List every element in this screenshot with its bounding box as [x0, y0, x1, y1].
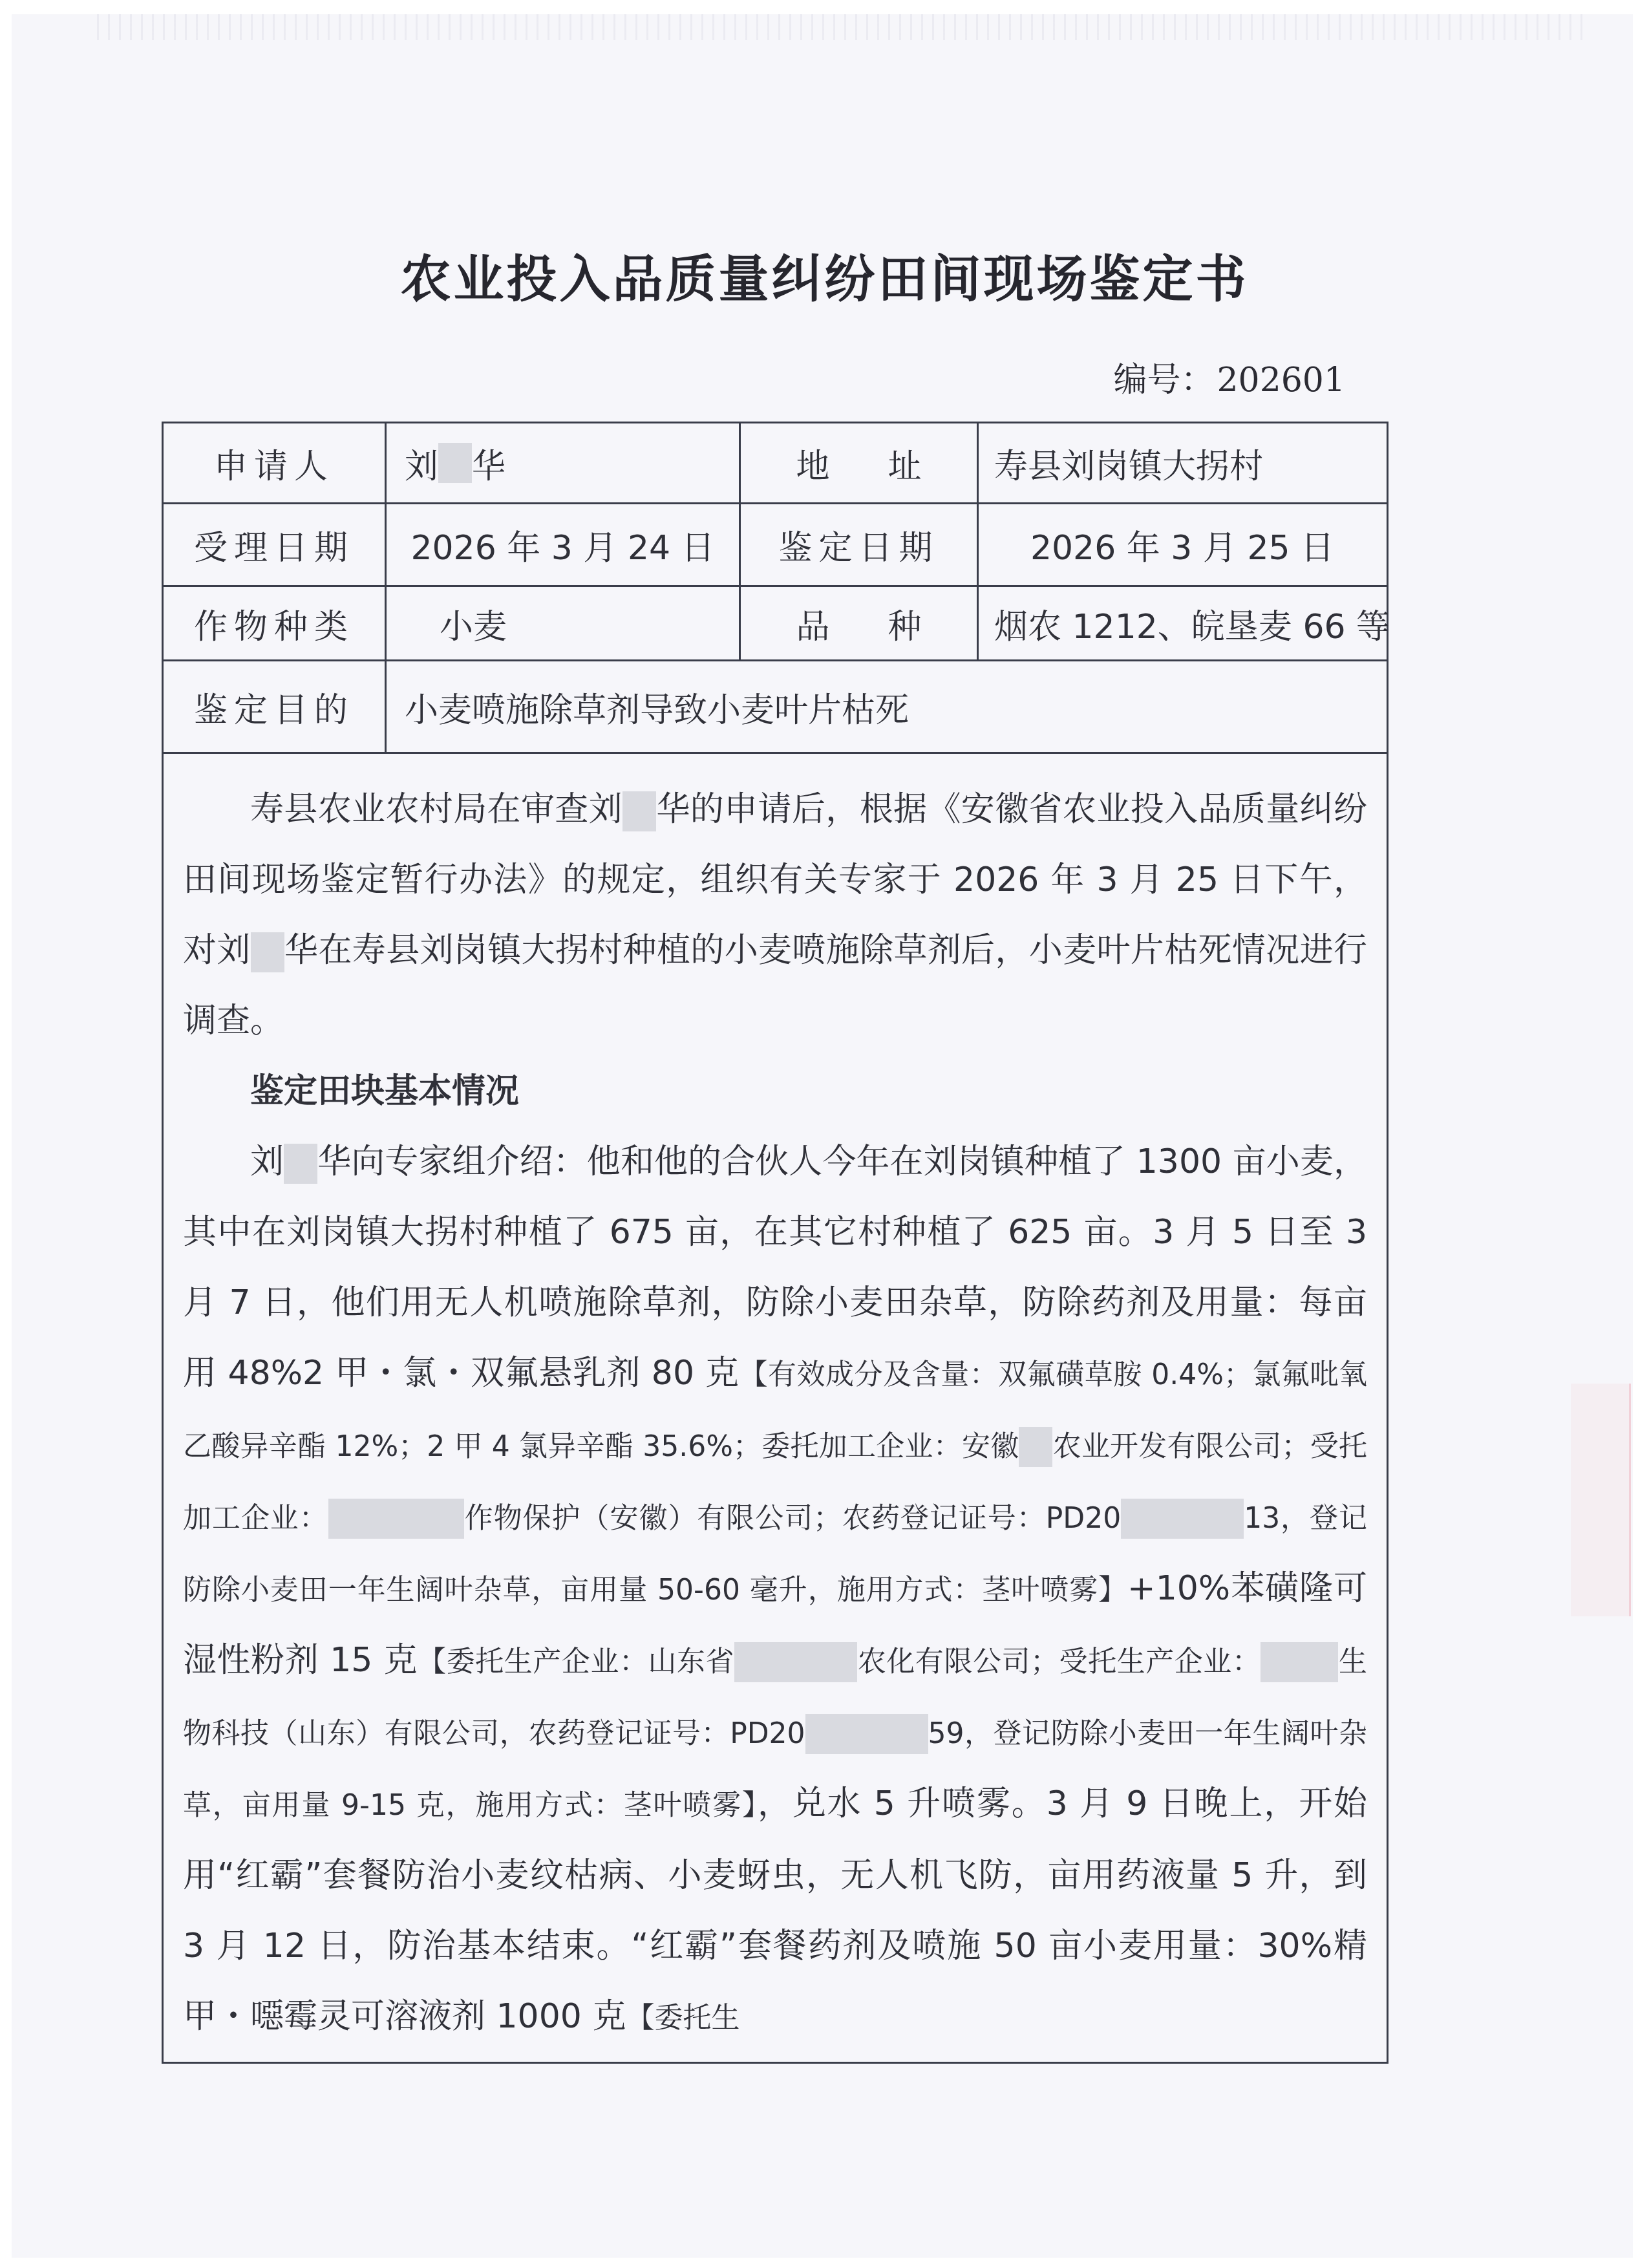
accept-date-value: 2026 年 3 月 24 日 [387, 504, 741, 585]
form-row-applicant: 申请人 刘华 地址 寿县刘岗镇大拐村 [164, 423, 1387, 504]
variety-value: 烟农 1212、皖垦麦 66 等 [979, 587, 1386, 659]
faint-stamp-mark [1571, 1384, 1631, 1616]
redaction-block [734, 1642, 857, 1682]
redaction-block [328, 1499, 464, 1539]
product-info-9: 【委托生 [626, 2002, 739, 2035]
address-label: 地址 [741, 423, 979, 502]
crop-type-label: 作物种类 [164, 587, 387, 659]
product-info-3: 作物保护（安徽）有限公司；农药登记证号：PD20 [464, 1502, 1121, 1535]
applicant-label: 申请人 [164, 423, 387, 502]
form-row-purpose: 鉴定目的 小麦喷施除草剂导致小麦叶片枯死 [164, 661, 1387, 754]
applicant-name-suffix: 华 [472, 439, 505, 487]
variety-label: 品种 [741, 587, 979, 659]
form-row-crop: 作物种类 小麦 品种 烟农 1212、皖垦麦 66 等 [164, 587, 1387, 661]
crop-type-value: 小麦 [387, 587, 741, 659]
document-number-value: 202601 [1217, 361, 1345, 400]
document-number-label: 编号： [1113, 361, 1214, 400]
redaction-block [284, 1144, 317, 1184]
accept-date-label: 受理日期 [164, 504, 387, 585]
detail-text: 刘 [250, 1142, 284, 1181]
detail-text: ，兑水 5 升喷雾。3 月 9 日晚上，开始用“红霸”套餐防治小麦纹枯病、小麦蚜… [183, 1784, 1367, 2036]
purpose-label: 鉴定目的 [164, 661, 387, 752]
intro-text-3: 华在寿县刘岗镇大拐村种植的小麦喷施除草剂后，小麦叶片枯死情况进行调查。 [183, 931, 1367, 1040]
detail-text: 华向专家组介绍：他和他的合伙人今年在刘岗镇种植了 1300 亩小麦，其中在刘岗镇… [183, 1142, 1367, 1393]
redaction-block [1261, 1642, 1338, 1682]
intro-text-1: 寿县农业农村局在审查刘 [250, 790, 622, 829]
scan-artifact [97, 14, 1584, 40]
redaction-block [438, 443, 472, 483]
redaction-block [1019, 1427, 1052, 1467]
redaction-block [1121, 1499, 1244, 1539]
document-title: 农业投入品质量纠纷田间现场鉴定书 [0, 239, 1649, 312]
purpose-value: 小麦喷施除草剂导致小麦叶片枯死 [387, 661, 1386, 752]
applicant-value: 刘华 [387, 423, 741, 502]
applicant-name-prefix: 刘 [405, 439, 438, 487]
section-heading-field-info: 鉴定田块基本情况 [183, 1056, 1367, 1127]
redaction-block [805, 1714, 928, 1754]
appraisal-body: 寿县农业农村局在审查刘华的申请后，根据《安徽省农业投入品质量纠纷田间现场鉴定暂行… [183, 775, 1367, 2053]
intro-paragraph: 寿县农业农村局在审查刘华的申请后，根据《安徽省农业投入品质量纠纷田间现场鉴定暂行… [183, 775, 1367, 1056]
detail-paragraph: 刘华向专家组介绍：他和他的合伙人今年在刘岗镇种植了 1300 亩小麦，其中在刘岗… [183, 1127, 1367, 2053]
document-number: 编号：202601 [1113, 352, 1345, 401]
appraisal-form: 申请人 刘华 地址 寿县刘岗镇大拐村 受理日期 2026 年 3 月 24 日 … [162, 422, 1388, 2064]
redaction-block [251, 932, 284, 972]
appraisal-date-value: 2026 年 3 月 25 日 [979, 504, 1386, 585]
form-row-dates: 受理日期 2026 年 3 月 24 日 鉴定日期 2026 年 3 月 25 … [164, 504, 1387, 587]
redaction-block [622, 791, 656, 831]
product-info-6: 农化有限公司；受托生产企业： [857, 1645, 1261, 1678]
address-value: 寿县刘岗镇大拐村 [979, 423, 1386, 502]
appraisal-date-label: 鉴定日期 [741, 504, 979, 585]
product-info-5: 【委托生产企业：山东省 [418, 1645, 734, 1678]
